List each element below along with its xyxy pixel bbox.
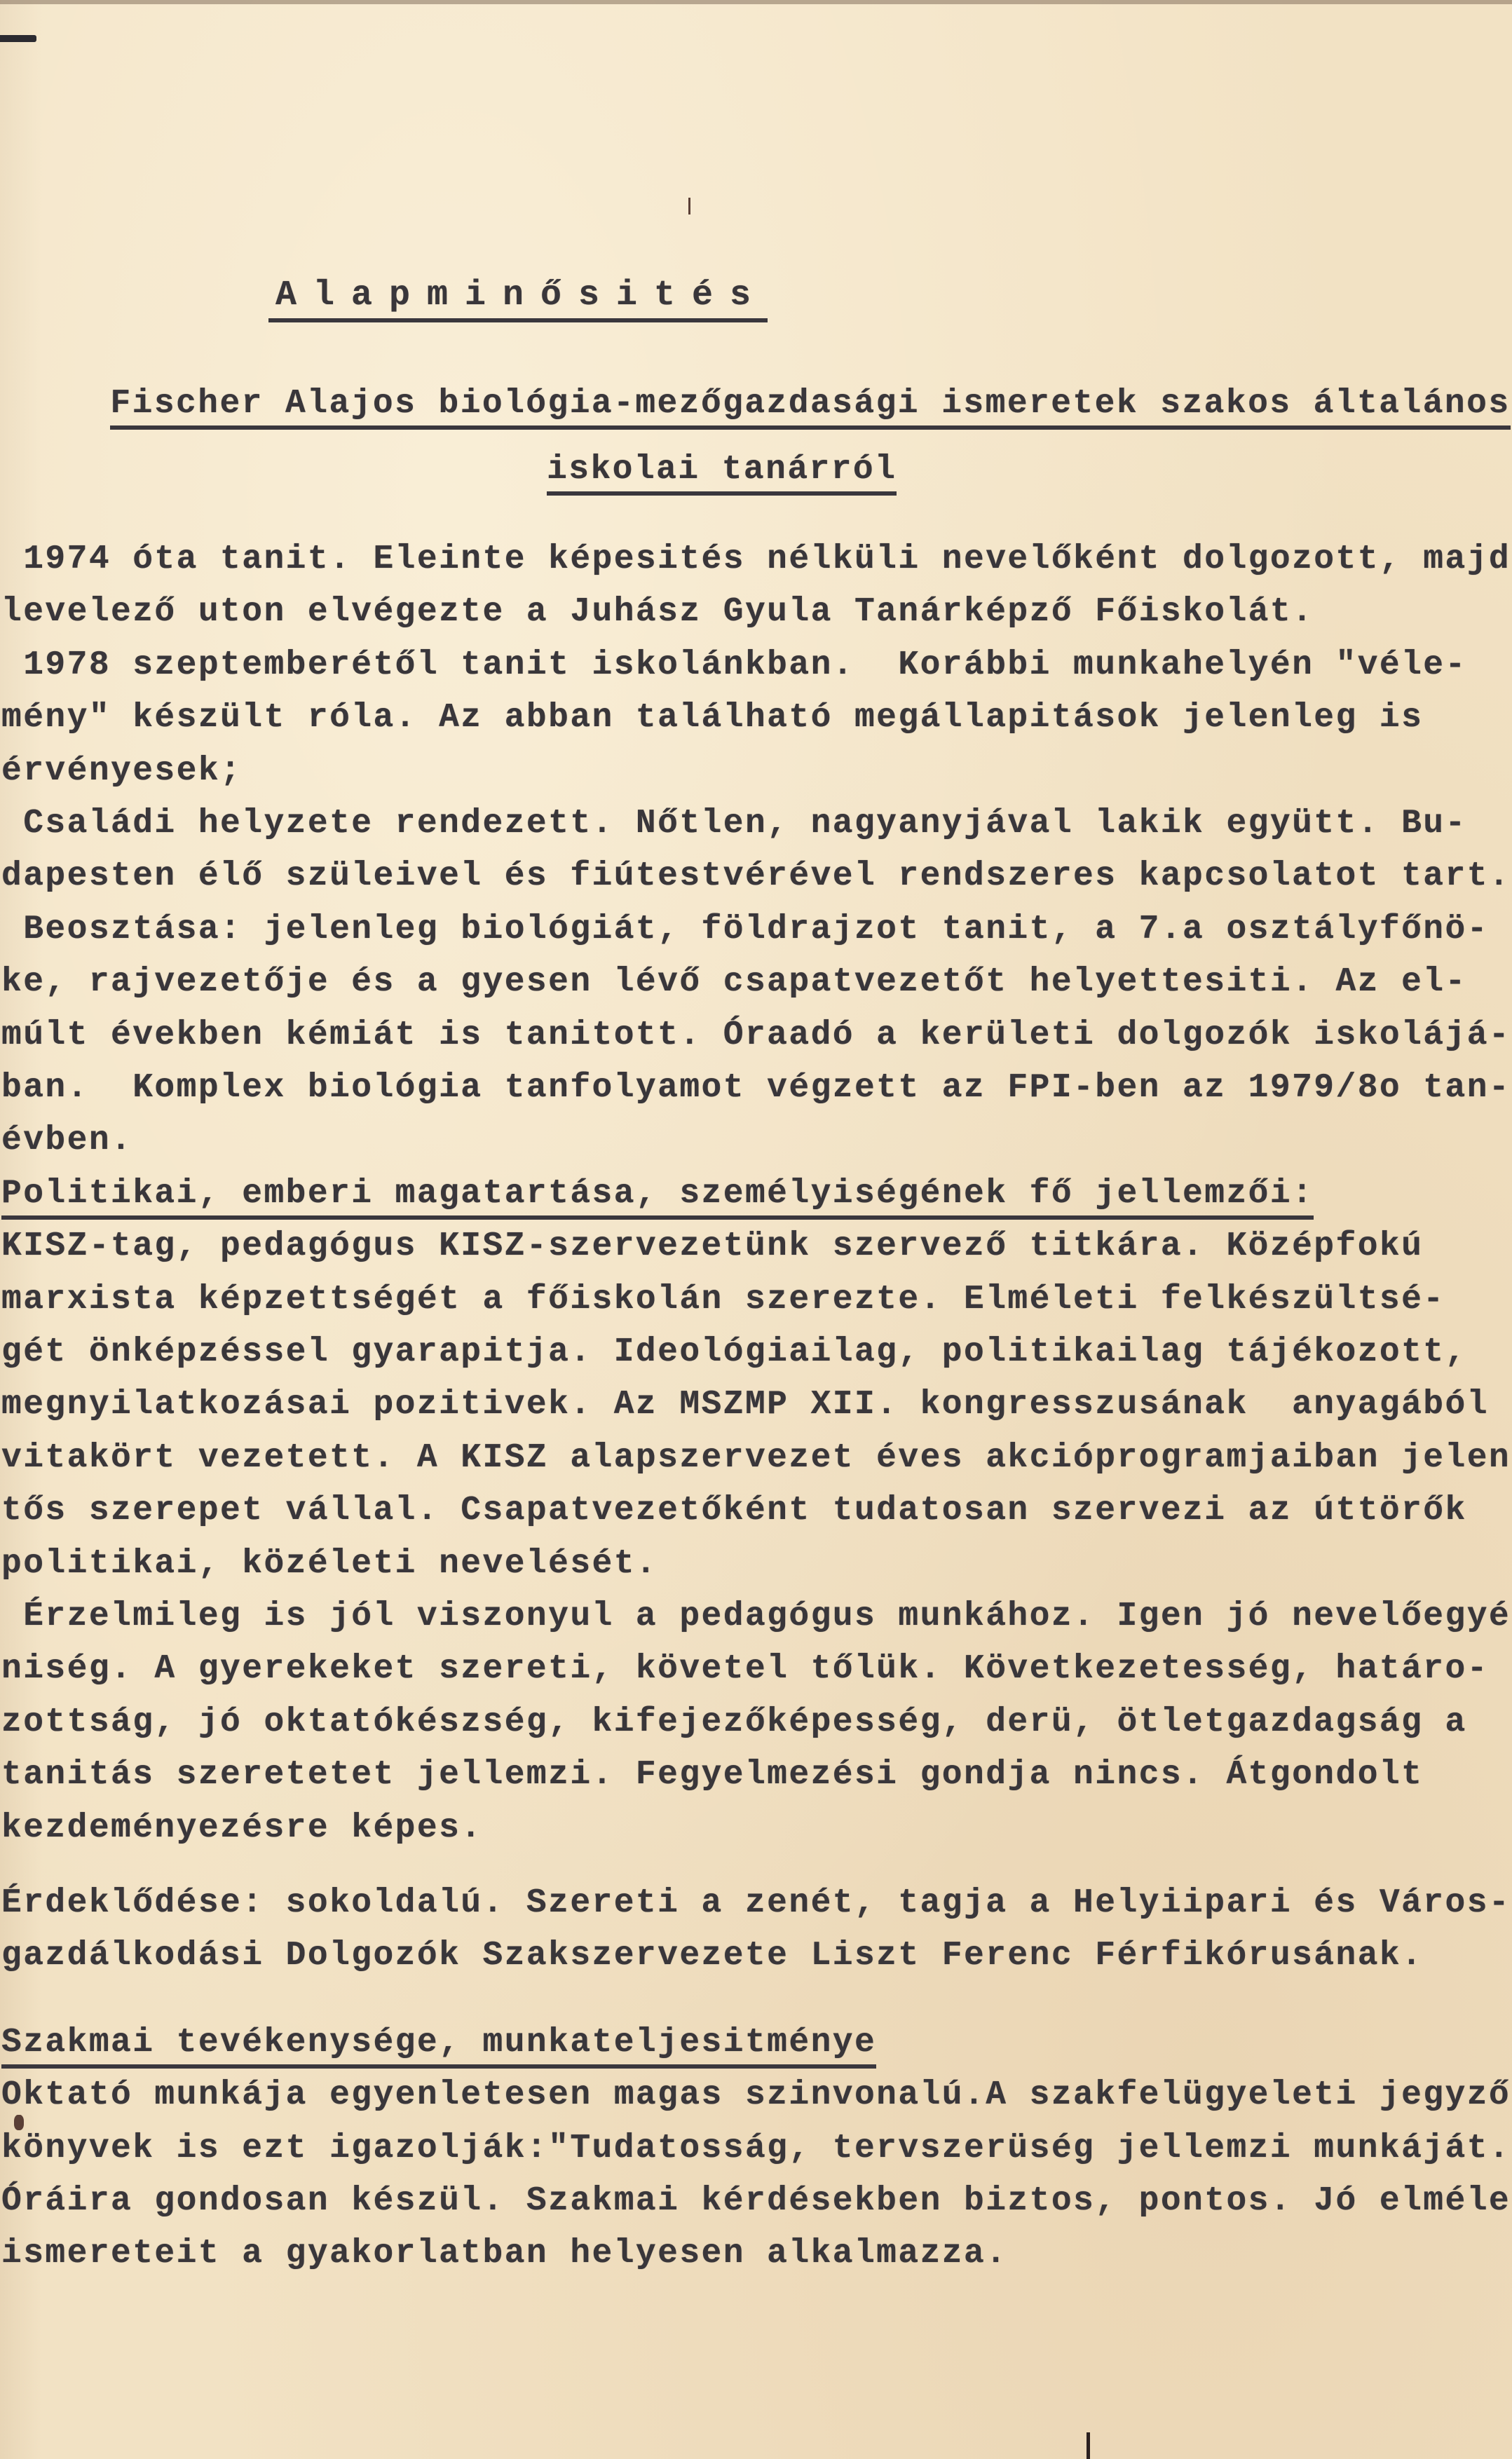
body-text-line: megnyilatkozásai pozitivek. Az MSZMP XII…	[1, 1385, 1489, 1424]
body-text-line: Óráira gondosan készül. Szakmai kérdések…	[1, 2181, 1512, 2221]
body-text-line: zottság, jó oktatókészség, kifejezőképes…	[1, 1703, 1467, 1742]
body-text-line: múlt években kémiát is tanitott. Óraadó …	[1, 1016, 1511, 1055]
page-edge	[0, 0, 1512, 4]
text-line: zottság, jó oktatókészség, kifejezőképes…	[1, 1703, 1467, 1741]
text-line: kezdeményezésre képes.	[1, 1809, 483, 1847]
text-line: Érzelmileg is jól viszonyul a pedagógus …	[1, 1598, 1512, 1635]
document-subtitle-line2: iskolai tanárról	[0, 411, 1512, 489]
section-heading-text: Politikai, emberi magatartása, személyis…	[1, 1175, 1314, 1220]
body-text-line: évben.	[1, 1121, 132, 1160]
body-text-line: niség. A gyerekeket szereti, követel től…	[1, 1649, 1489, 1689]
text-line: könyvek is ezt igazolják:"Tudatosság, te…	[1, 2130, 1511, 2167]
body-text-line: ke, rajvezetője és a gyesen lévő csapatv…	[1, 962, 1467, 1002]
body-text-line: ismereteit a gyakorlatban helyesen alkal…	[1, 2234, 1007, 2273]
body-text-line: Beosztása: jelenleg biológiát, földrajzo…	[1, 910, 1489, 949]
body-text-line: ban. Komplex biológia tanfolyamot végzet…	[1, 1068, 1511, 1108]
body-text-line: Érdeklődése: sokoldalú. Szereti a zenét,…	[1, 1884, 1511, 1923]
body-text-line: politikai, közéleti nevelését.	[1, 1544, 658, 1583]
text-line: megnyilatkozásai pozitivek. Az MSZMP XII…	[1, 1386, 1489, 1424]
body-text-line: gazdálkodási Dolgozók Szakszervezete Lis…	[1, 1936, 1423, 1975]
text-line: érvényesek;	[1, 752, 242, 790]
text-line: gét önképzéssel gyarapitja. Ideológiaila…	[1, 1333, 1467, 1371]
body-text-line: mény" készült róla. Az abban található m…	[1, 698, 1423, 737]
body-text-line: könyvek is ezt igazolják:"Tudatosság, te…	[1, 2129, 1511, 2168]
paper-clip-mark	[0, 35, 36, 42]
body-text-line: dapesten élő szüleivel és fiútestvérével…	[1, 857, 1511, 896]
section-heading: Politikai, emberi magatartása, személyis…	[1, 1174, 1314, 1213]
document-title-text: Alapminősités	[268, 275, 768, 322]
text-line: ke, rajvezetője és a gyesen lévő csapatv…	[1, 963, 1467, 1001]
text-line: marxista képzettségét a főiskolán szerez…	[1, 1281, 1445, 1319]
body-text-line: Családi helyzete rendezett. Nőtlen, nagy…	[1, 804, 1467, 843]
body-text-line: kezdeményezésre képes.	[1, 1809, 483, 1848]
section-heading: Szakmai tevékenysége, munkateljesitménye	[1, 2023, 876, 2062]
body-text-line: levelező uton elvégezte a Juhász Gyula T…	[1, 592, 1314, 632]
text-line: levelező uton elvégezte a Juhász Gyula T…	[1, 593, 1314, 631]
section-heading-text: Szakmai tevékenysége, munkateljesitménye	[1, 2024, 876, 2069]
body-text-line: KISZ-tag, pedagógus KISZ-szervezetünk sz…	[1, 1227, 1423, 1266]
body-text-line: érvényesek;	[1, 751, 242, 791]
text-line: ban. Komplex biológia tanfolyamot végzet…	[1, 1069, 1511, 1107]
body-text-line: marxista képzettségét a főiskolán szerez…	[1, 1280, 1445, 1319]
text-line: niség. A gyerekeket szereti, követel től…	[1, 1650, 1489, 1688]
body-text-line: tős szerepet vállal. Csapatvezetőként tu…	[1, 1491, 1467, 1530]
ink-tick	[688, 198, 690, 214]
text-line: Oktató munkája egyenletesen magas szinvo…	[1, 2076, 1512, 2114]
body-text-line: gét önképzéssel gyarapitja. Ideológiaila…	[1, 1333, 1467, 1372]
text-line: 1974 óta tanit. Eleinte képesités nélkül…	[1, 540, 1511, 578]
text-line: mény" készült róla. Az abban található m…	[1, 699, 1423, 737]
text-line: Családi helyzete rendezett. Nőtlen, nagy…	[1, 805, 1467, 843]
ink-speck	[14, 2115, 24, 2130]
body-text-line: 1978 szeptemberétől tanit iskolánkban. K…	[1, 646, 1467, 685]
text-line: Beosztása: jelenleg biológiát, földrajzo…	[1, 911, 1489, 948]
text-line: tős szerepet vállal. Csapatvezetőként tu…	[1, 1492, 1467, 1530]
text-line: 1978 szeptemberétől tanit iskolánkban. K…	[1, 646, 1467, 684]
body-text-line: 1974 óta tanit. Eleinte képesités nélkül…	[1, 540, 1511, 579]
text-line: múlt években kémiát is tanitott. Óraadó …	[1, 1016, 1511, 1054]
text-line: ismereteit a gyakorlatban helyesen alkal…	[1, 2235, 1007, 2273]
text-line: vitakört vezetett. A KISZ alapszervezet …	[1, 1439, 1512, 1477]
text-line: KISZ-tag, pedagógus KISZ-szervezetünk sz…	[1, 1227, 1423, 1265]
text-line: gazdálkodási Dolgozók Szakszervezete Lis…	[1, 1937, 1423, 1975]
ink-tick	[1087, 2432, 1090, 2459]
text-line: tanitás szeretetet jellemzi. Fegyelmezés…	[1, 1756, 1423, 1794]
text-line: Óráira gondosan készül. Szakmai kérdések…	[1, 2182, 1512, 2220]
text-line: politikai, közéleti nevelését.	[1, 1545, 658, 1583]
body-text-line: Érzelmileg is jól viszonyul a pedagógus …	[1, 1597, 1512, 1636]
text-line: dapesten élő szüleivel és fiútestvérével…	[1, 857, 1511, 895]
body-text-line: tanitás szeretetet jellemzi. Fegyelmezés…	[1, 1755, 1423, 1794]
text-line: évben.	[1, 1122, 132, 1159]
body-text-line: Oktató munkája egyenletesen magas szinvo…	[1, 2076, 1512, 2115]
document-title: Alapminősités	[0, 237, 960, 315]
body-text-line: vitakört vezetett. A KISZ alapszervezet …	[1, 1438, 1512, 1478]
subtitle-line2-text: iskolai tanárról	[547, 451, 897, 496]
text-line: Érdeklődése: sokoldalú. Szereti a zenét,…	[1, 1884, 1511, 1922]
